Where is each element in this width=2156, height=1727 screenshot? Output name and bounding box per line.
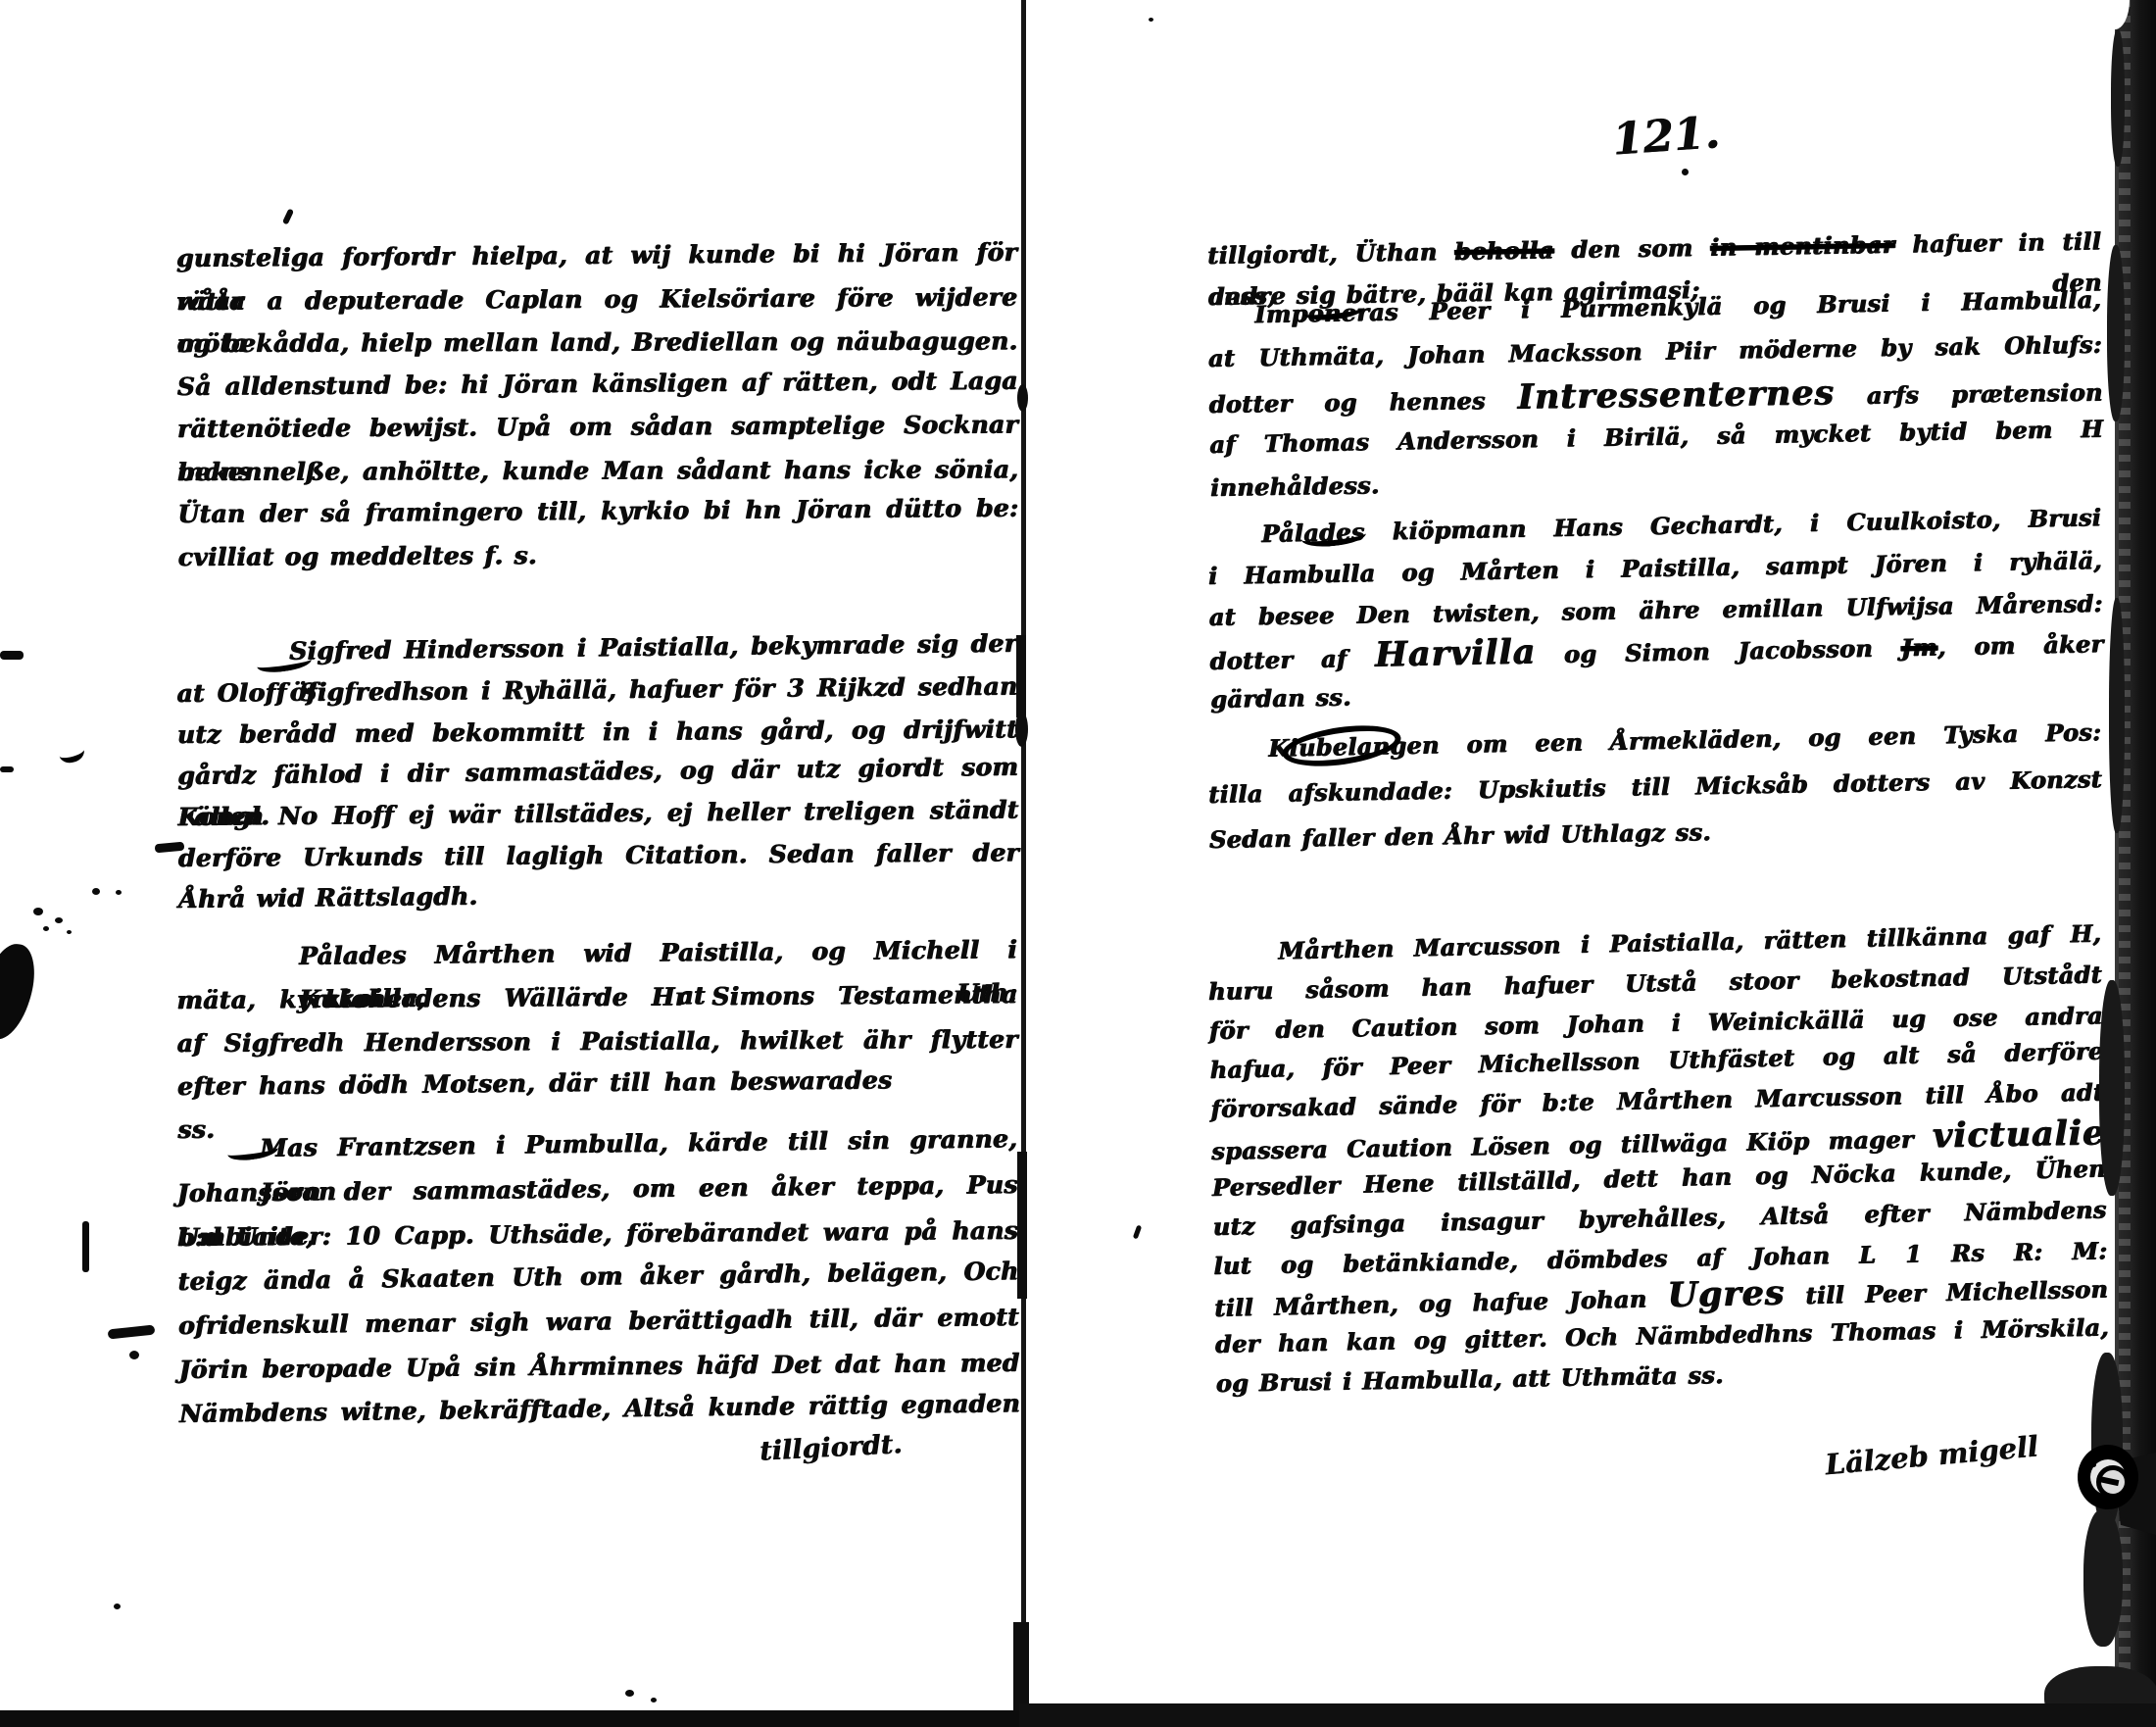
text-segment: Jm	[1900, 632, 1937, 662]
text-segment: mäta, kyrkioherdens Wällärde Hr Simons T…	[176, 980, 1017, 1014]
margin-hook-mark	[57, 740, 86, 765]
text-line: Pålades Mårthen wid Paistilla, og Michel…	[176, 928, 1017, 979]
text-segment: af Sigfredh Hendersson i Paistialla, hwi…	[177, 1025, 1018, 1058]
margin-cross-dot	[129, 1351, 139, 1359]
text-segment: Åhrå wid Rättslagdh.	[178, 882, 477, 913]
manuscript-spread: 121. gunsteliga forfordr hielpa, at wij …	[0, 0, 2156, 1727]
ink-speck	[33, 908, 43, 915]
text-segment: gärdan ss.	[1210, 682, 1351, 714]
clasp-rivet-dot	[2117, 1457, 2122, 1462]
text-segment: ofridenskull menar sigh wara berättigadh…	[178, 1303, 1019, 1340]
text-segment: arfs prætension	[1835, 378, 2103, 411]
margin-cross-mark	[82, 1221, 89, 1272]
text-line: ofridenskull menar sigh wara berättigadh…	[178, 1295, 1019, 1348]
text-segment: utz berådd med bekommitt in i hans gård,…	[177, 715, 1018, 749]
text-segment: in mentinbar	[1710, 230, 1895, 262]
page-edge-bulge	[2083, 1509, 2123, 1647]
text-line: Johansson der sammastädes, om een åker t…	[176, 1162, 1017, 1215]
margin-ink-blob	[0, 939, 41, 1045]
text-line: gunsteliga forfordr hielpa, at wij kunde…	[176, 231, 1017, 280]
text-segment: den som	[1553, 233, 1710, 265]
text-line: cvilliat og meddeltes f. s.	[178, 531, 1019, 578]
text-line: Ütan der så framingero till, kyrkio bi h…	[177, 487, 1018, 536]
text-segment: tilla afskundade: Upskiutis till Micksåb…	[1208, 765, 2102, 809]
text-segment: Fällen No Hoff ej wär tillstädes, ej hel…	[178, 796, 1019, 831]
text-segment: at Uthmäta, Johan Macksson Piir möderne …	[1208, 330, 2102, 372]
gutter-ink-blob	[1017, 384, 1028, 412]
text-segment: og bekådda, hielp mellan land, Brediella…	[177, 326, 1018, 358]
text-segment: Pålades kiöpmann Hans Gechardt, i Cuulko…	[1261, 503, 2101, 548]
text-line: at Oloff Sigfredhson i Ryhällä, hafuer f…	[176, 666, 1017, 715]
text-segment: Harvilla	[1375, 631, 1537, 674]
text-segment: Ugres	[1667, 1273, 1786, 1316]
ink-speck	[651, 1698, 657, 1702]
text-line: gårdz fählod i dir sammastädes, og där u…	[177, 747, 1018, 797]
ink-speck	[67, 930, 72, 934]
text-line: Nämbdens witne, bekräfftade, Altså kunde…	[179, 1381, 1020, 1436]
ink-speck	[55, 917, 63, 923]
gutter-ink-blob	[1016, 635, 1026, 717]
paragraph: Mas Frantzsen i Pumbulla, kärde till sin…	[176, 1118, 1020, 1436]
text-segment: bekennelße, anhöltte, kunde Man sådant h…	[177, 455, 1018, 486]
text-segment: Imponeras Peer i Purmenkylä og Brusi i H…	[1254, 285, 2101, 328]
gutter-ink-blob	[1017, 1152, 1027, 1299]
text-segment: derföre Urkunds till lagligh Citation. S…	[178, 838, 1019, 872]
ink-speck	[92, 888, 100, 895]
text-segment: at Oloff Sigfredhson i Ryhällä, hafuer f…	[176, 672, 1017, 708]
text-line: mäta, kyrkioherdens Wällärde Hr Simons T…	[176, 973, 1017, 1022]
bottom-edge-band	[1019, 1703, 2156, 1727]
text-segment: innehåldess.	[1210, 470, 1380, 502]
paragraph: Pålades Mårthen wid Paistilla, og Michel…	[176, 930, 1018, 1109]
paragraph: gunsteliga forfordr hielpa, at wij kunde…	[176, 233, 1019, 578]
page-edge-bulge	[2111, 29, 2125, 167]
paragraph: Mårthen Marcusson i Paistialla, rätten t…	[1207, 915, 2110, 1403]
text-segment: Sedan faller den Åhr wid Uthlagz ss.	[1209, 817, 1711, 854]
text-segment: , om åker	[1937, 629, 2104, 661]
ink-speck	[625, 1690, 634, 1697]
text-segment: cvilliat og meddeltes f. s.	[178, 541, 537, 571]
page-edge-bulge	[2109, 598, 2125, 833]
text-segment: og Brusi i Hambulla, att Uthmäta ss.	[1216, 1360, 1724, 1398]
text-line: efter hans dödh Motsen, där till han bes…	[177, 1059, 893, 1109]
margin-dash	[0, 651, 24, 660]
text-segment: Nämbdens witne, bekräfftade, Altså kunde…	[179, 1389, 1020, 1428]
text-line: og bekådda, hielp mellan land, Brediella…	[177, 320, 1018, 365]
gutter-ink-blob	[1015, 712, 1028, 747]
text-segment: till Mårthen, og hafue Johan	[1214, 1284, 1668, 1322]
text-segment: dotter af	[1209, 644, 1375, 675]
paragraph: Sigfred Hindersson i Paistialla, bekymra…	[176, 625, 1020, 920]
text-segment: tillgiordt, Üthan	[1207, 237, 1454, 270]
page-edge-bulge	[2099, 980, 2125, 1196]
text-segment: Jörin beropade Upå sin Åhrminnes häfd De…	[178, 1349, 1019, 1384]
ink-speck	[116, 890, 122, 895]
text-segment: og Simon Jacobsson	[1536, 633, 1901, 668]
text-line: Fällen No Hoff ej wär tillstädes, ej hel…	[177, 790, 1018, 838]
ink-speck	[114, 1604, 121, 1609]
clasp-rivet-dot	[2091, 1462, 2096, 1467]
text-line: rätta a deputerade Caplan og Kielsöriare…	[176, 275, 1017, 322]
text-line: rättenötiede bewijst. Upå om sådan sampt…	[177, 404, 1018, 451]
text-segment: b:d Under: 10 Capp. Uthsäde, förebärande…	[177, 1216, 1018, 1252]
text-segment: teigz ända å Skaaten Uth om åker gårdh, …	[177, 1257, 1018, 1296]
text-segment: till Peer Michellsson	[1785, 1275, 2108, 1310]
ink-speck	[43, 926, 49, 931]
ink-speck	[1133, 1225, 1142, 1240]
left-page: gunsteliga forfordr hielpa, at wij kunde…	[176, 0, 1017, 1727]
margin-dash	[0, 766, 14, 772]
text-segment: beholla	[1454, 235, 1554, 266]
page-edge-bulge	[2107, 245, 2125, 421]
text-segment: af Thomas Andersson i Birilä, så mycket …	[1209, 415, 2103, 459]
binding-gutter	[1021, 0, 1026, 1727]
margin-cross-dash	[108, 1325, 156, 1340]
text-segment: Intressenternes	[1517, 372, 1835, 417]
text-segment: Ütan der så framingero till, kyrkio bi h…	[177, 494, 1018, 528]
text-segment: Så alldenstund be: hi Jöran känsligen af…	[177, 366, 1018, 400]
text-line: Så alldenstund be: hi Jöran känsligen af…	[177, 359, 1018, 408]
text-segment: i Hambulla og Mårten i Paistilla, sampt …	[1208, 546, 2102, 590]
text-line: bekennelße, anhöltte, kunde Man sådant h…	[177, 448, 1018, 493]
text-line: Åhrå wid Rättslagdh.	[178, 870, 1019, 920]
text-segment: dotter og hennes	[1209, 386, 1518, 419]
ink-speck	[1149, 18, 1153, 22]
